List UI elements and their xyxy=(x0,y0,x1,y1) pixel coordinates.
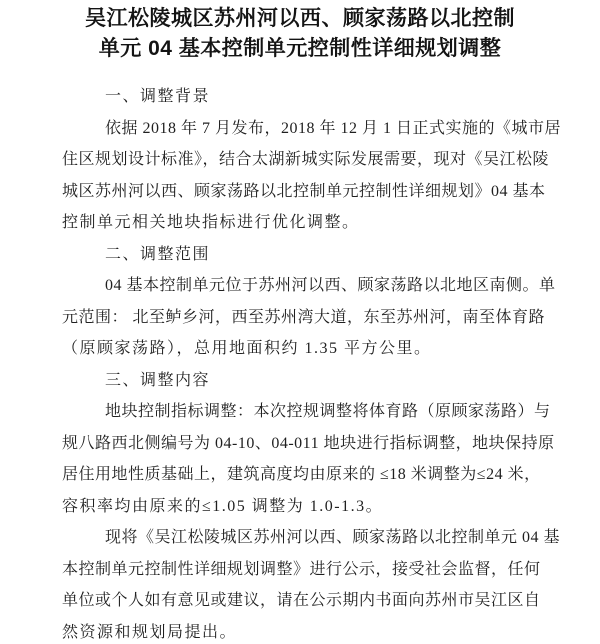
paragraph-line: 居住用地性质基础上，建筑高度均由原来的 ≤18 米调整为≤24 米， xyxy=(62,459,538,491)
document-body: 一、调整背景 依据 2018 年 7 月发布，2018 年 12 月 1 日正式… xyxy=(62,81,538,644)
paragraph-line: 容积率均由原来的≤1.05 调整为 1.0-1.3。 xyxy=(62,491,538,523)
paragraph-line: 依据 2018 年 7 月发布，2018 年 12 月 1 日正式实施的《城市居 xyxy=(62,113,538,145)
section-heading-content: 三、调整内容 xyxy=(62,365,538,397)
paragraph-line: 现将《吴江松陵城区苏州河以西、顾家荡路以北控制单元 04 基 xyxy=(62,522,538,554)
document-title-line-2: 单元 04 基本控制单元控制性详细规划调整 xyxy=(0,34,600,64)
section-heading-scope: 二、调整范围 xyxy=(62,239,538,271)
document-title-line-1: 吴江松陵城区苏州河以西、顾家荡路以北控制 xyxy=(0,4,600,34)
paragraph-line: 地块控制指标调整：本次控规调整将体育路（原顾家荡路）与 xyxy=(62,396,538,428)
document-page: 吴江松陵城区苏州河以西、顾家荡路以北控制 单元 04 基本控制单元控制性详细规划… xyxy=(0,0,600,644)
paragraph-line: 单位或个人如有意见或建议，请在公示期内书面向苏州市吴江区自 xyxy=(62,585,538,617)
paragraph-line: 城区苏州河以西、顾家荡路以北控制单元控制性详细规划》04 基本 xyxy=(62,176,538,208)
paragraph-line: （原顾家荡路），总用地面积约 1.35 平方公里。 xyxy=(62,333,538,365)
paragraph-line: 元范围： 北至鲈乡河，西至苏州湾大道，东至苏州河，南至体育路 xyxy=(62,302,538,334)
paragraph-line: 规八路西北侧编号为 04-10、04-011 地块进行指标调整，地块保持原 xyxy=(62,428,538,460)
paragraph-line: 本控制单元控制性详细规划调整》进行公示，接受社会监督，任何 xyxy=(62,554,538,586)
document-title: 吴江松陵城区苏州河以西、顾家荡路以北控制 单元 04 基本控制单元控制性详细规划… xyxy=(0,4,600,64)
paragraph-line: 04 基本控制单元位于苏州河以西、顾家荡路以北地区南侧。单 xyxy=(62,270,538,302)
paragraph-line: 然资源和规划局提出。 xyxy=(62,617,538,644)
paragraph-line: 控制单元相关地块指标进行优化调整。 xyxy=(62,207,538,239)
paragraph-line: 住区规划设计标准》，结合太湖新城实际发展需要，现对《吴江松陵 xyxy=(62,144,538,176)
section-heading-background: 一、调整背景 xyxy=(62,81,538,113)
